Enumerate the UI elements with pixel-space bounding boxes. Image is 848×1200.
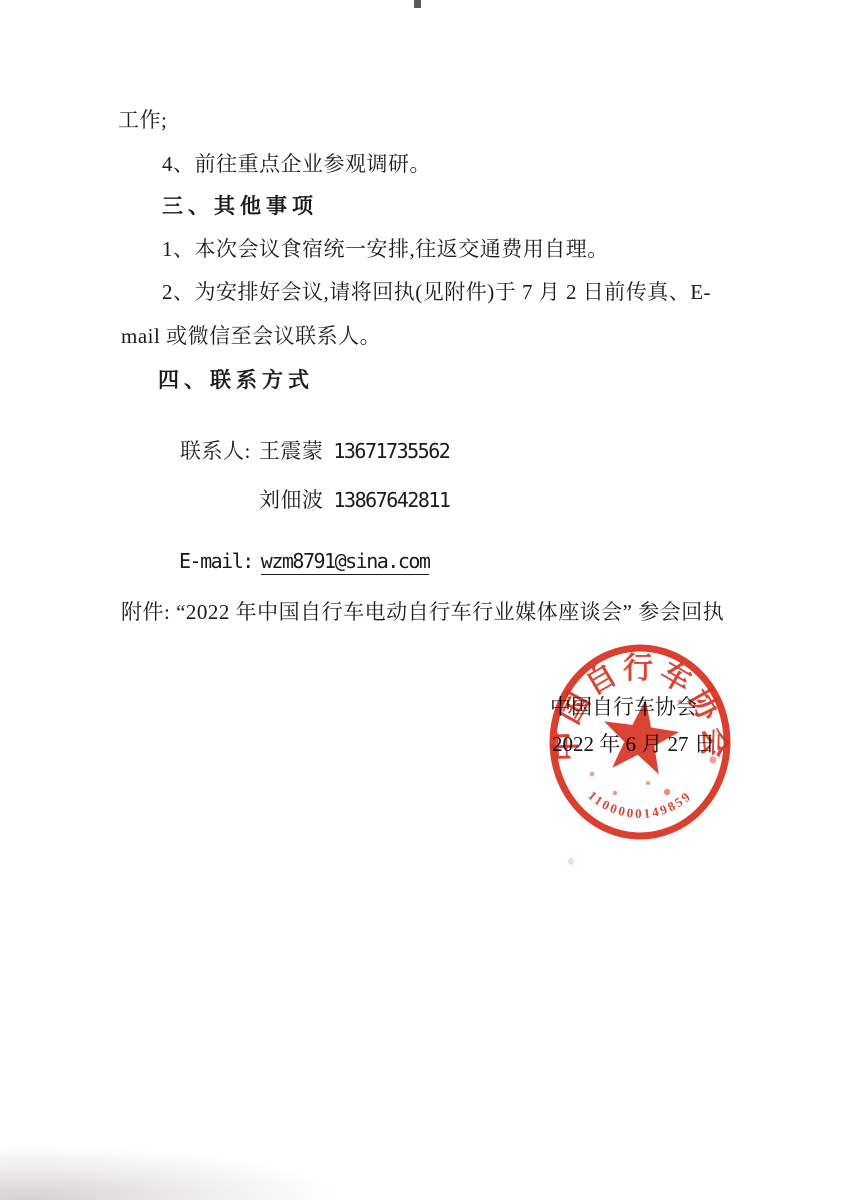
section-heading-contact-info: 四、联系方式 [158, 368, 314, 392]
signature-organization: 中国自行车协会 [550, 695, 697, 719]
contact-1-name: 王震蒙 [259, 439, 324, 463]
scanned-document-page: 工作; 4、前往重点企业参观调研。 三、其他事项 1、本次会议食宿统一安排,往返… [0, 0, 848, 1200]
other-matters-item-2-line-2: mail 或微信至会议联系人。 [121, 324, 381, 348]
contact-1-phone: 13671735562 [333, 439, 449, 463]
other-matters-item-2-line-1: 2、为安排好会议,请将回执(见附件)于 7 月 2 日前传真、E- [162, 280, 711, 304]
contact-2-name: 刘佃波 [259, 488, 324, 512]
signature-date: 2022 年 6 月 27 日 [552, 732, 715, 756]
attachment-line: 附件: “2022 年中国自行车电动自行车行业媒体座谈会” 参会回执 [121, 600, 724, 624]
email-label: E-mail: [179, 549, 253, 573]
contact-2-phone: 13867642811 [334, 488, 450, 512]
list-item-4: 4、前往重点企业参观调研。 [162, 152, 431, 176]
scan-shadow-bottom-left [0, 1140, 600, 1200]
svg-text:1100000149859: 1100000149859 [585, 788, 694, 821]
seal-serial-number: 1100000149859 [585, 788, 694, 821]
scan-artifact-speck [568, 858, 574, 865]
scan-artifact-top [414, 0, 421, 8]
section-heading-other-matters: 三、其他事项 [162, 194, 318, 218]
other-matters-item-1: 1、本次会议食宿统一安排,往返交通费用自理。 [162, 237, 609, 261]
body-line-work: 工作; [118, 108, 167, 132]
contact-label: 联系人: [180, 439, 251, 463]
email-address: wzm8791@sina.com [261, 549, 430, 575]
email-line: E-mail:wzm8791@sina.com [156, 525, 429, 597]
